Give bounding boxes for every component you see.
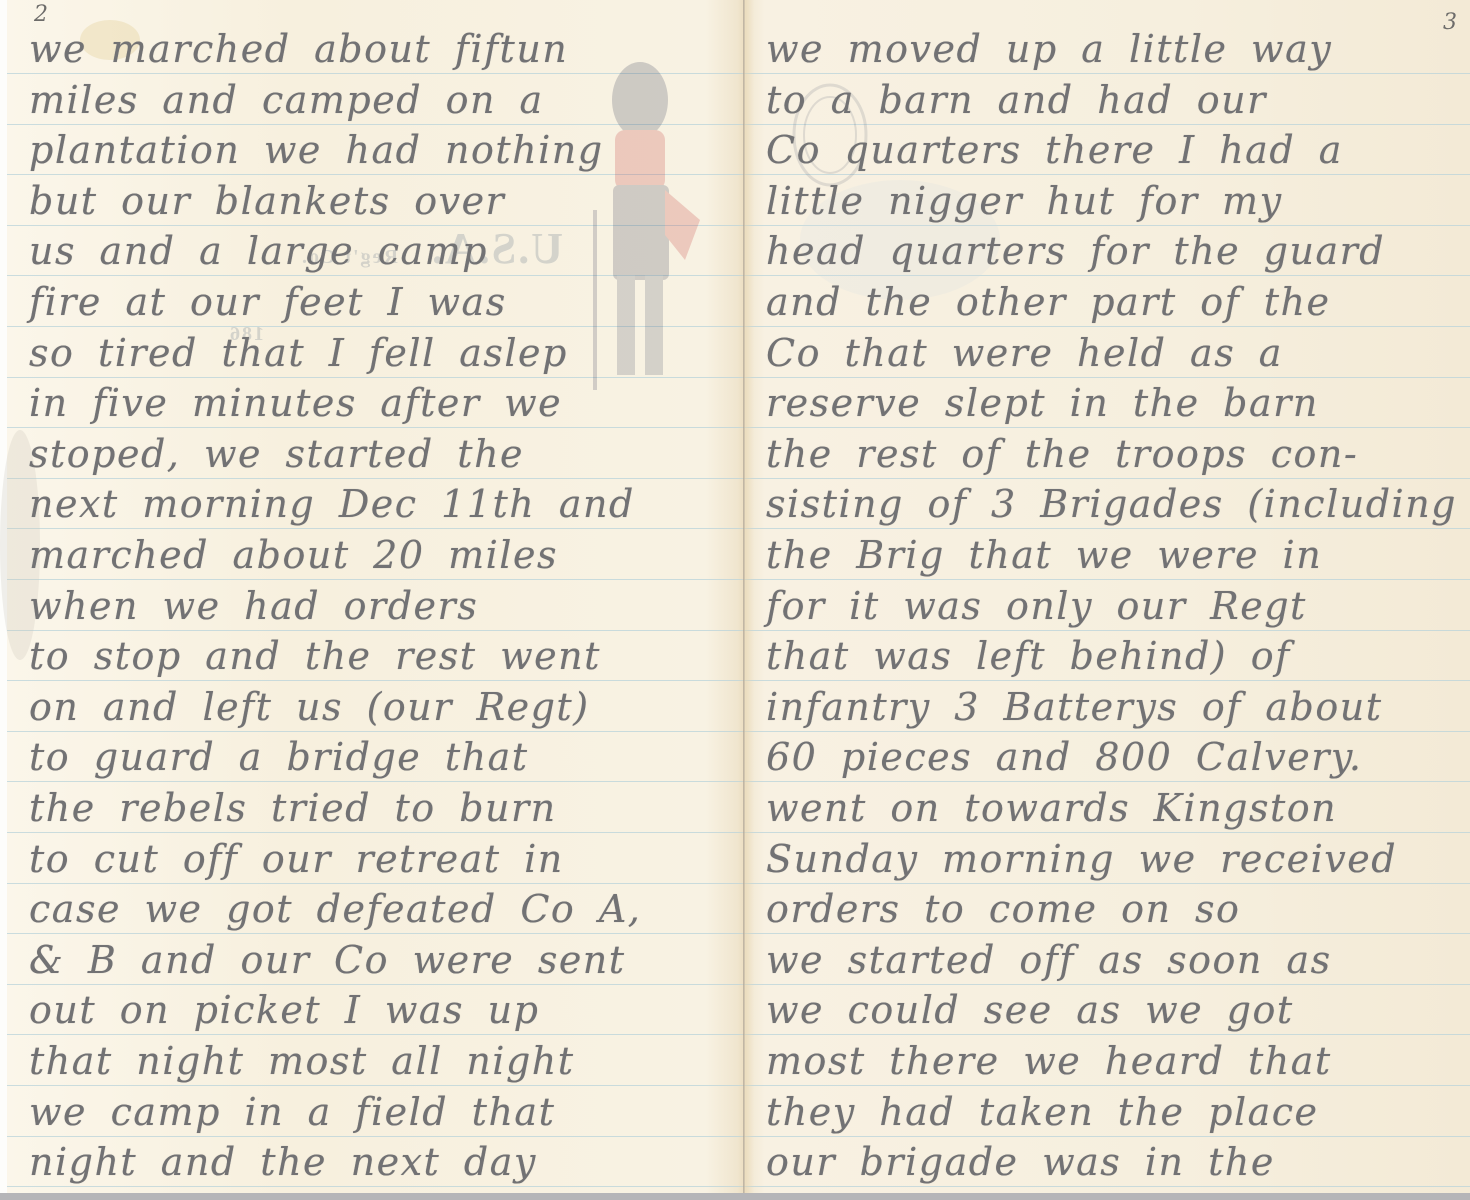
handwritten-line: next morning Dec 11th and — [29, 482, 635, 526]
handwritten-line: infantry 3 Batterys of about — [766, 685, 1383, 729]
handwritten-line: but our blankets over — [29, 179, 505, 223]
handwritten-line: went on towards Kingston — [766, 786, 1337, 830]
page-number: 2 — [34, 2, 48, 27]
handwritten-line: for it was only our Regt — [766, 584, 1307, 628]
handwritten-line: we started off as soon as — [766, 938, 1332, 982]
handwritten-line: to guard a bridge that — [29, 735, 529, 779]
handwritten-line: plantation we had nothing — [29, 128, 604, 172]
handwritten-line: Co that were held as a — [766, 331, 1283, 375]
handwritten-line: miles and camped on a — [29, 78, 544, 122]
handwritten-line: night and the next day — [29, 1140, 537, 1184]
handwritten-line: in five minutes after we — [29, 381, 562, 425]
handwritten-line: they had taken the place — [766, 1090, 1319, 1134]
handwritten-line: our brigade was in the — [766, 1140, 1275, 1184]
scanner-border — [0, 1193, 1470, 1200]
handwritten-line: most there we heard that — [766, 1039, 1332, 1083]
handwritten-line: we could see as we got — [766, 988, 1294, 1032]
handwritten-line: to a barn and had our — [766, 78, 1267, 122]
left-page: 2 we marched about fiftunmiles and campe… — [7, 0, 743, 1193]
handwritten-line: that night most all night — [29, 1039, 575, 1083]
handwritten-line: to cut off our retreat in — [29, 837, 564, 881]
handwritten-line: fire at our feet I was — [29, 280, 507, 324]
handwritten-line: we camp in a field that — [29, 1090, 555, 1134]
center-fold — [743, 0, 745, 1193]
handwritten-line: Sunday morning we received — [766, 837, 1397, 881]
handwritten-line: the rest of the troops con- — [766, 432, 1358, 476]
handwritten-line: we marched about fiftun — [29, 27, 568, 71]
page-number: 3 — [1443, 10, 1457, 35]
handwritten-line: on and left us (our Regt) — [29, 685, 590, 729]
handwritten-line: case we got defeated Co A, — [29, 887, 641, 931]
handwritten-line: so tired that I fell aslep — [29, 331, 568, 375]
handwritten-line: the rebels tried to burn — [29, 786, 557, 830]
letter-sheet: U.S.A. Reg't Co. 186 2 we marched about … — [0, 0, 1470, 1193]
handwritten-line: & B and our Co were sent — [29, 938, 626, 982]
handwritten-line: the Brig that we were in — [766, 533, 1322, 577]
handwritten-line: when we had orders — [29, 584, 478, 628]
handwritten-line: and the other part of the — [766, 280, 1330, 324]
handwritten-line: 60 pieces and 800 Calvery. — [766, 735, 1362, 779]
handwritten-line: sisting of 3 Brigades (including — [766, 482, 1457, 526]
handwritten-line: out on picket I was up — [29, 988, 539, 1032]
handwritten-line: that was left behind) of — [766, 634, 1291, 678]
handwritten-line: orders to come on so — [766, 887, 1240, 931]
handwritten-line: us and a large camp — [29, 229, 488, 273]
handwritten-line: little nigger hut for my — [766, 179, 1283, 223]
handwritten-line: stoped, we started the — [29, 432, 524, 476]
handwritten-line: head quarters for the guard — [766, 229, 1385, 273]
handwritten-line: Co quarters there I had a — [766, 128, 1343, 172]
right-page: 3 we moved up a little wayto a barn and … — [746, 0, 1470, 1193]
handwritten-line: reserve slept in the barn — [766, 381, 1319, 425]
handwritten-line: marched about 20 miles — [29, 533, 558, 577]
handwritten-line: we moved up a little way — [766, 27, 1332, 71]
handwritten-line: to stop and the rest went — [29, 634, 601, 678]
